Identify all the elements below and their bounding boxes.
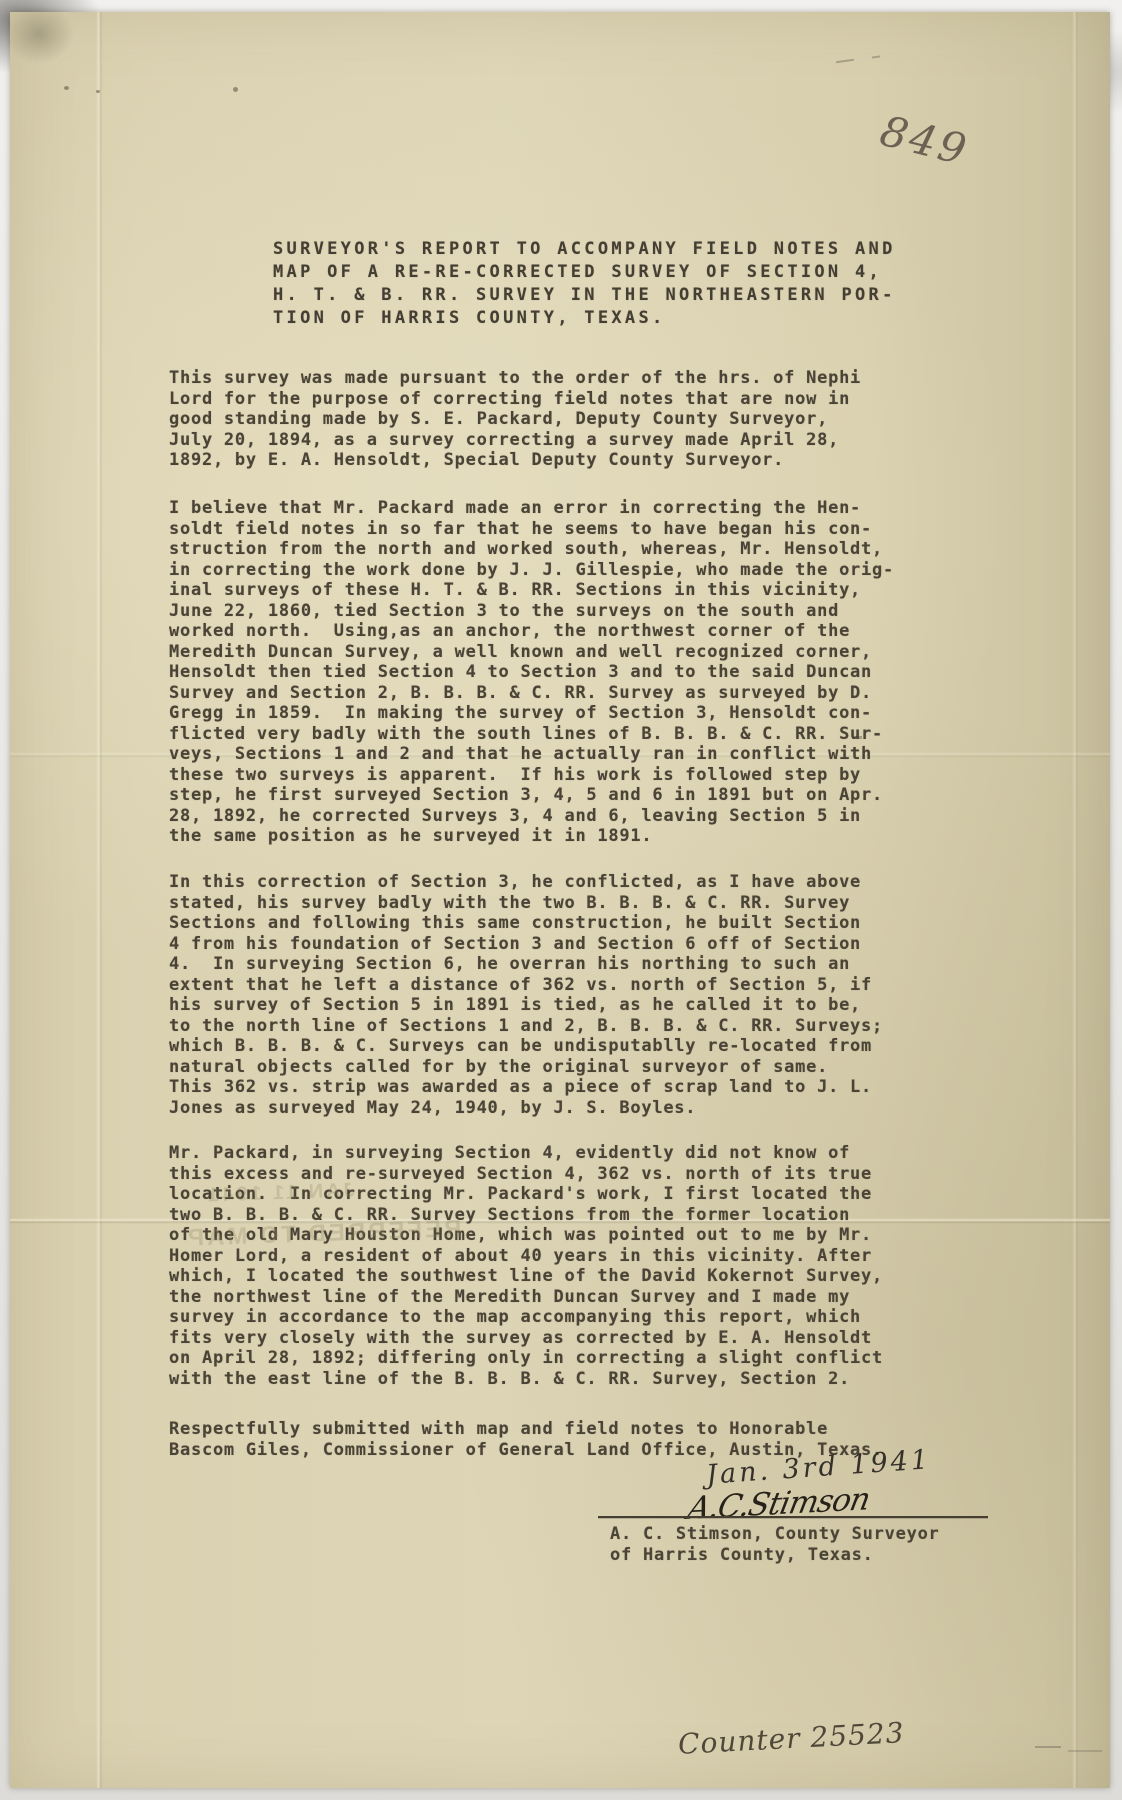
vertical-crease-right: [1072, 12, 1079, 1788]
paragraph-2: I believe that Mr. Packard made an error…: [169, 498, 894, 847]
paragraph-4: Mr. Packard, in surveying Section 4, evi…: [169, 1143, 883, 1389]
paragraph-closing: Respectfully submitted with map and fiel…: [169, 1419, 883, 1460]
ink-speck: [96, 90, 100, 93]
scanned-document-page: 849 SURVEYOR'S REPORT TO ACCOMPANY FIELD…: [0, 0, 1122, 1800]
document-title: SURVEYOR'S REPORT TO ACCOMPANY FIELD NOT…: [273, 238, 896, 330]
corner-wear-topleft: [4, 4, 74, 64]
vertical-crease: [96, 12, 103, 1788]
ink-speck: [233, 87, 238, 92]
ink-speck: [64, 86, 69, 90]
signature-line: [598, 1516, 988, 1518]
pencil-dash-bottom: [1035, 1746, 1061, 1748]
signature-typed: A. C. Stimson, County Surveyor of Harris…: [610, 1524, 940, 1565]
paragraph-1: This survey was made pursuant to the ord…: [169, 368, 861, 471]
pencil-dash-bottom: [1068, 1750, 1102, 1752]
paragraph-3: In this correction of Section 3, he conf…: [169, 872, 883, 1118]
